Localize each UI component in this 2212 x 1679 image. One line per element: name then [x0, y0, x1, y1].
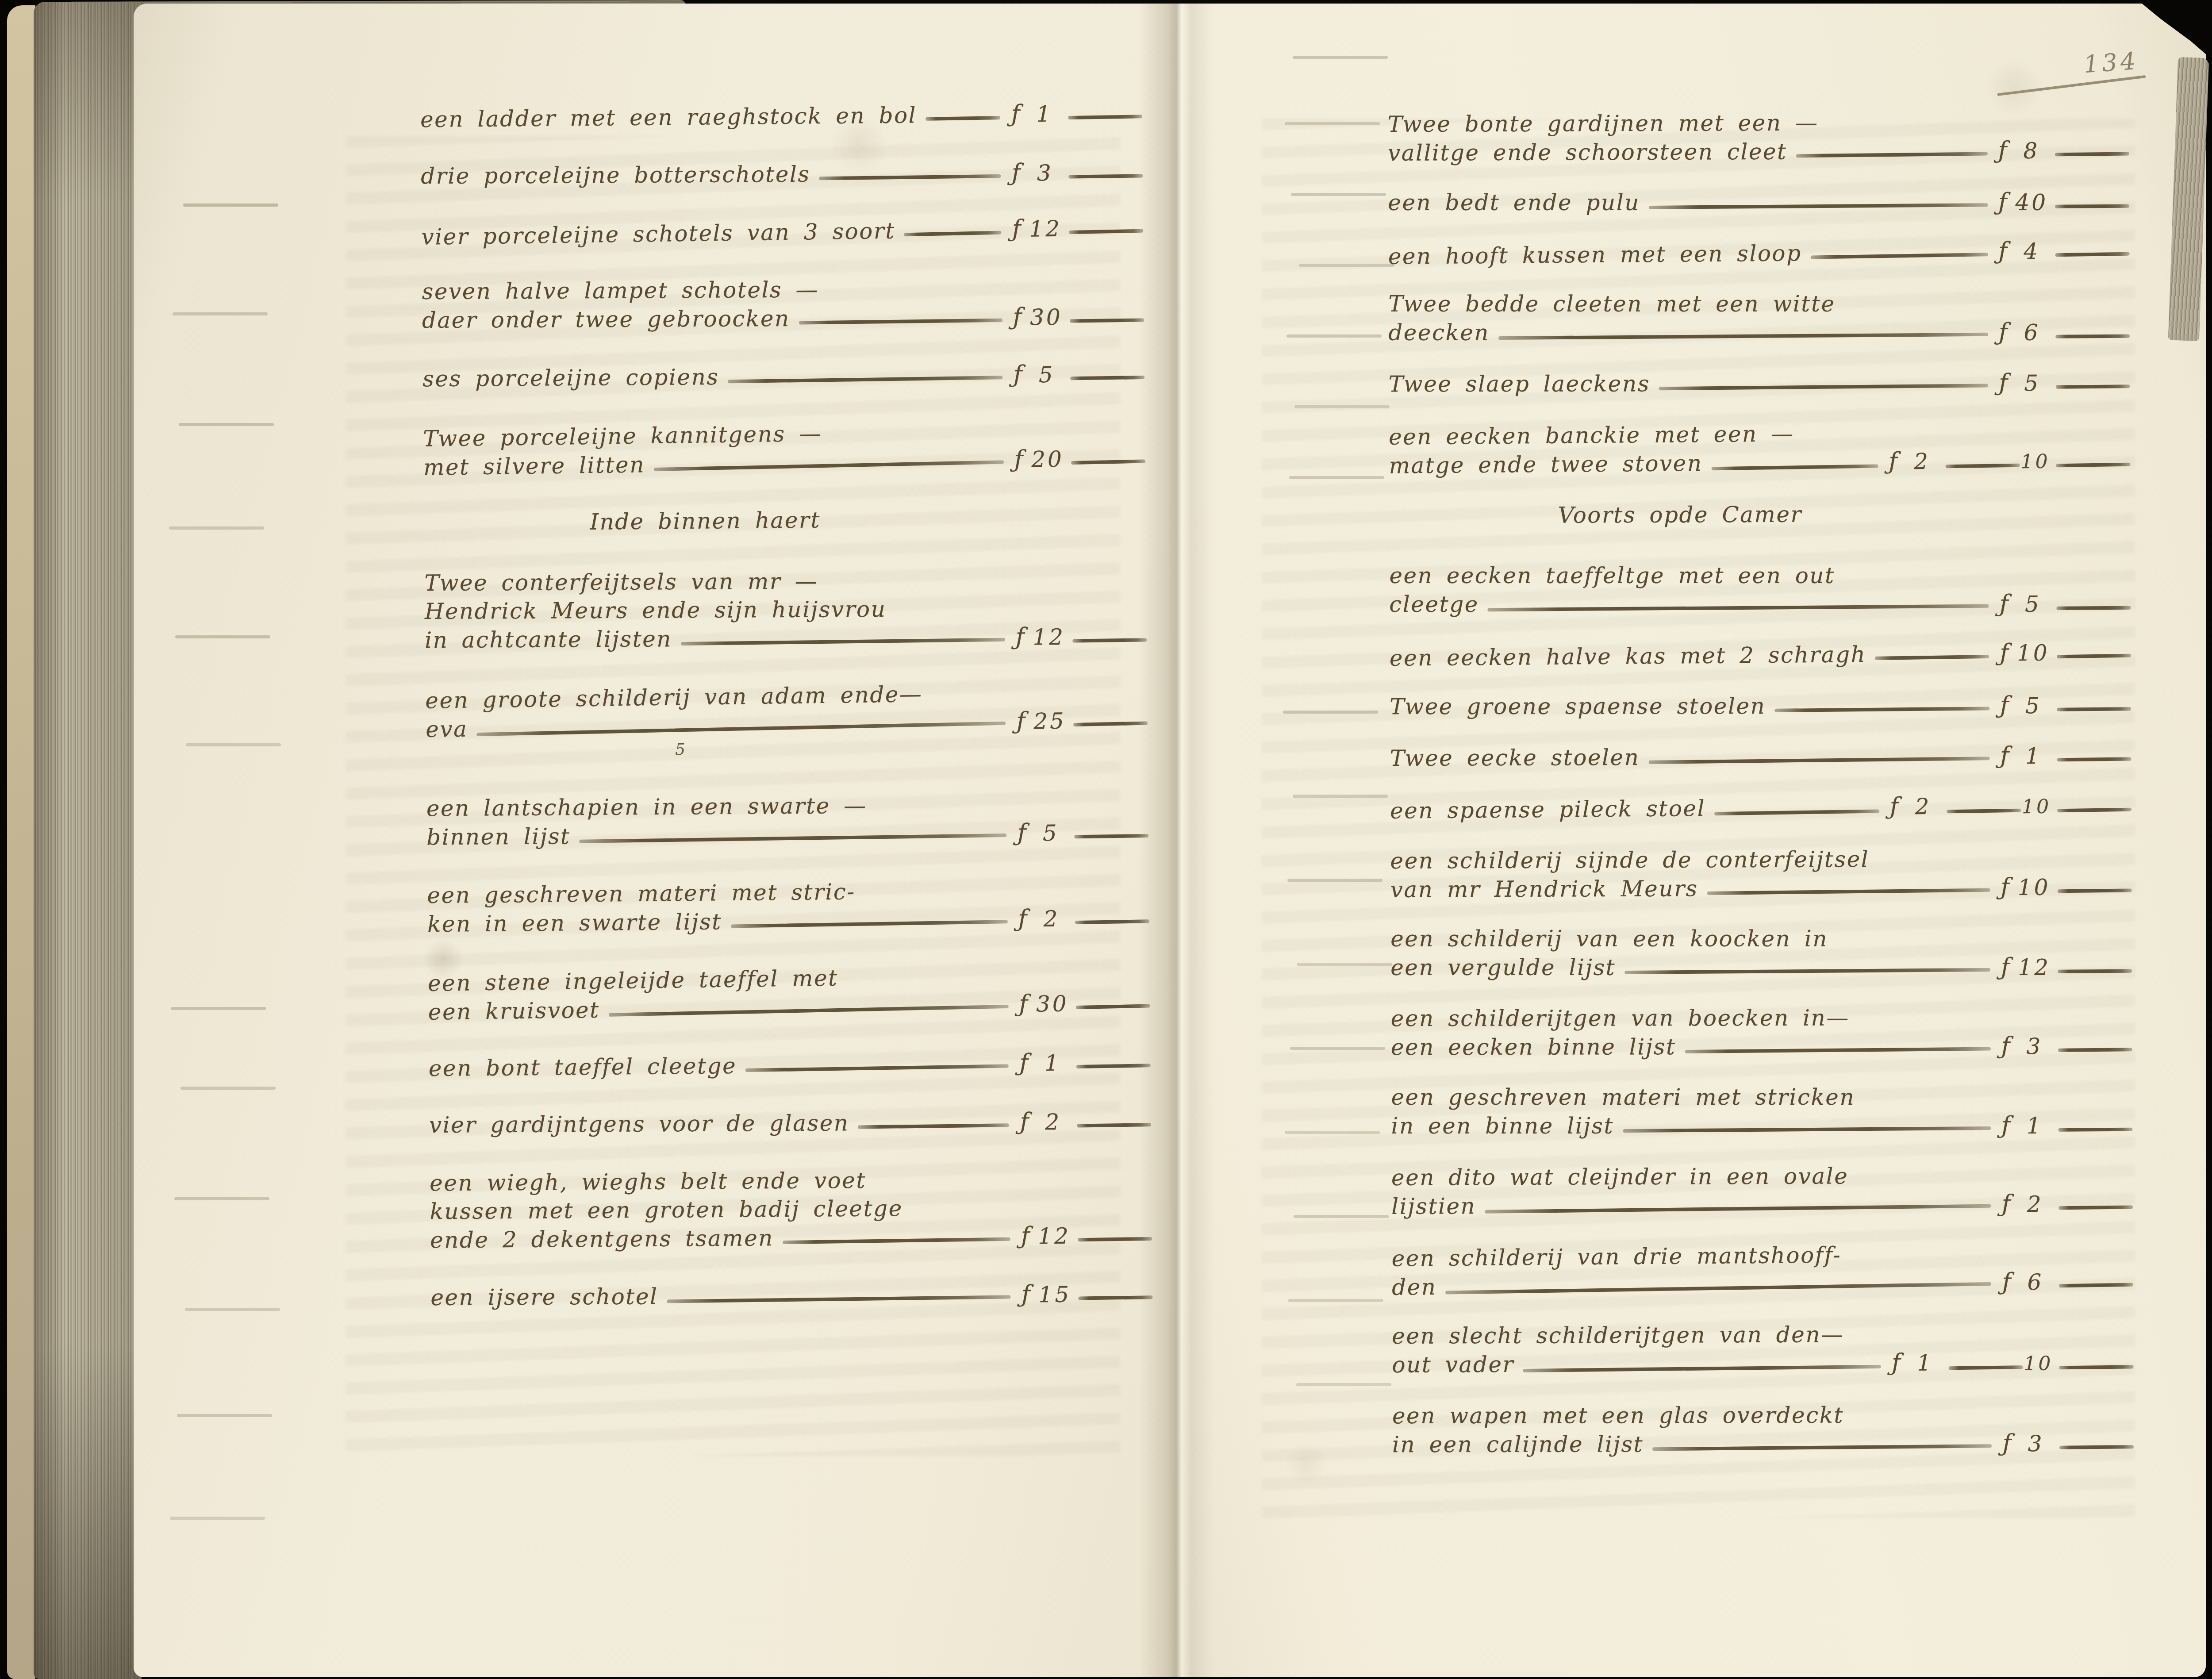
entry-amount-row: daer onder twee gebroockenƒ30: [422, 302, 1144, 334]
inventory-entry: een wiegh, wieghs belt ende voetkussen m…: [430, 1164, 1152, 1255]
entry-text-line: seven halve lampet schotels —: [422, 274, 1144, 306]
entry-amount-row: in een binne lijstƒ1: [1391, 1111, 2132, 1141]
left-page-text: een ladder met een raeghstock en bolƒ1dr…: [420, 99, 1153, 1342]
amount-guilders: 1: [1907, 1349, 1943, 1377]
inventory-entry: een eecken banckie met een —matge ende t…: [1389, 417, 2131, 481]
entry-text-line: ende 2 dekentgens tsamen: [430, 1224, 774, 1254]
amount-guilders: 10: [2016, 873, 2052, 902]
trailing-dash: [1068, 174, 1143, 178]
entry-text-line: een bedt ende pulu: [1388, 188, 1640, 217]
entry-text-line: lijstien: [1391, 1192, 1476, 1221]
entry-text-line: Twee groene spaense stoelen: [1390, 692, 1766, 721]
entry-amount-row: drie porceleijne botterschotelsƒ3: [421, 158, 1143, 190]
left-page: een ladder met een raeghstock en bolƒ1dr…: [134, 4, 1173, 1677]
florin-symbol: ƒ: [2001, 1032, 2011, 1060]
inventory-entry: een schilderij van een koocken ineen ver…: [1390, 925, 2132, 982]
trailing-dash: [1069, 229, 1143, 234]
florin-symbol: ƒ: [2001, 953, 2011, 981]
entry-text-line: vier gardijntgens voor de glasen: [429, 1109, 849, 1139]
entry-text-line: in achtcante lijsten: [425, 625, 672, 654]
amount-guilders: 2: [1905, 792, 1942, 821]
amount-guilders: 1: [2016, 1112, 2053, 1140]
entry-amount-row: een ijsere schotelƒ15: [430, 1279, 1152, 1312]
entry-text-line: Twee eecke stoelen: [1390, 743, 1640, 772]
entry-amount-row: een vergulde lijstƒ12: [1390, 953, 2132, 982]
dash-leader: [1523, 1365, 1881, 1372]
entry-amount-row: een hooft kussen met een sloopƒ4: [1388, 236, 2129, 270]
inventory-entry: Twee conterfeijtsels van mr —Hendrick Me…: [424, 565, 1147, 654]
entry-text-line: vier porceleijne schotels van 3 soort: [421, 217, 895, 251]
trailing-dash: [1073, 722, 1148, 727]
entry-amount-row: een spaense pileck stoelƒ210: [1390, 790, 2131, 826]
trailing-dash: [2055, 252, 2130, 257]
inventory-entry: Twee groene spaense stoelenƒ5: [1390, 691, 2131, 721]
dash-leader: [580, 834, 1007, 843]
entry-text-line: ken in een swarte lijst: [427, 907, 722, 938]
inventory-entry: ses porceleijne copiensƒ5: [422, 360, 1144, 393]
inventory-entry: Twee eecke stoelenƒ1: [1390, 741, 2131, 772]
trailing-dash: [1068, 115, 1142, 119]
trailing-dash: [2055, 334, 2130, 338]
book-fore-edge-pages: [34, 2, 142, 1679]
amount-stuivers: 10: [2020, 448, 2051, 476]
inventory-entry: een stene ingeleijde taeffel meteen krui…: [428, 960, 1151, 1026]
amount-guilders: 5: [1029, 361, 1065, 389]
dash-leader: [819, 174, 1001, 180]
inventory-entry: Twee slaep laeckensƒ5: [1389, 369, 2130, 398]
amount-guilders: 2: [1904, 447, 1940, 476]
entry-text-line: een eecken taeffeltge met een out: [1389, 561, 2131, 590]
inventory-entry: een wapen met een glas overdecktin een c…: [1392, 1401, 2134, 1459]
entry-amount-row: lijstienƒ2: [1391, 1189, 2133, 1221]
florin-symbol: ƒ: [1014, 445, 1024, 473]
trailing-dash: [1947, 809, 2021, 814]
amount-guilders: 5: [2015, 692, 2051, 720]
entry-text-line: een ladder met een raeghstock en bol: [420, 101, 917, 134]
trailing-dash: [1070, 376, 1144, 380]
florin-symbol: ƒ: [2002, 1190, 2012, 1218]
entry-amount-row: matge ende twee stovenƒ210: [1389, 445, 2130, 481]
trailing-dash: [2058, 1048, 2132, 1052]
entry-text-line: cleetge: [1389, 590, 1479, 619]
dash-leader: [731, 920, 1008, 928]
trailing-dash: [1077, 1123, 1151, 1127]
inventory-entry: een bont taeffel cleetgeƒ1: [429, 1048, 1151, 1083]
amount-guilders: 5: [1033, 819, 1069, 848]
florin-symbol: ƒ: [1013, 360, 1023, 388]
trailing-dash: [1071, 460, 1145, 465]
folio-number-text: 134: [2083, 47, 2139, 79]
entry-amount-row: een eecken halve kas met 2 schraghƒ10: [1390, 638, 2131, 672]
bleed-through-dashes: [165, 4, 261, 7]
inventory-entry: een bedt ende puluƒ40: [1388, 188, 2129, 217]
dash-leader: [1623, 1126, 1991, 1133]
trailing-dash: [1076, 1004, 1150, 1009]
inventory-entry: Twee porceleijne kannitgens —met silvere…: [423, 415, 1146, 482]
inventory-entry: vier gardijntgens voor de glasenƒ2: [429, 1107, 1151, 1139]
inventory-entry: een ijsere schotelƒ15: [430, 1279, 1152, 1312]
amount-guilders: 15: [1037, 1280, 1073, 1309]
florin-symbol: ƒ: [2000, 742, 2010, 770]
amount-guilders: 1: [1026, 100, 1063, 129]
amount-guilders: 30: [1028, 303, 1064, 331]
dash-leader: [1659, 384, 1989, 390]
entry-text-line: daer onder twee gebroocken: [422, 304, 790, 334]
florin-symbol: ƒ: [1015, 622, 1025, 651]
amount-guilders: 2: [1035, 1108, 1071, 1136]
right-page: 134 Twee bonte gardijnen met een —vallit…: [1173, 4, 2206, 1677]
trailing-dash: [1070, 318, 1144, 323]
entry-text-line: een bont taeffel cleetge: [429, 1052, 737, 1083]
florin-symbol: ƒ: [1019, 1049, 1029, 1077]
entry-text-line: ses porceleijne copiens: [422, 363, 719, 393]
entry-amount-row: denƒ6: [1392, 1267, 2133, 1301]
entry-amount-row: Twee eecke stoelenƒ1: [1390, 741, 2131, 772]
florin-symbol: ƒ: [1022, 1280, 1032, 1308]
entry-text-line: kussen met een groten badij cleetge: [430, 1193, 1152, 1226]
dash-leader: [1774, 707, 1989, 712]
florin-symbol: ƒ: [2002, 1268, 2012, 1296]
entry-amount-row: een bont taeffel cleetgeƒ1: [429, 1048, 1151, 1083]
inventory-entry: een dito wat cleijnder in een ovalelijst…: [1391, 1161, 2133, 1221]
entry-text-line: een schilderij van een koocken in: [1390, 925, 2132, 953]
florin-symbol: ƒ: [1012, 215, 1022, 243]
dash-leader: [858, 1123, 1009, 1129]
dash-leader: [681, 638, 1005, 645]
florin-symbol: ƒ: [1018, 904, 1028, 933]
florin-symbol: ƒ: [2001, 1111, 2012, 1140]
entry-text-line: out vader: [1392, 1350, 1514, 1379]
amount-guilders: 12: [2016, 953, 2052, 982]
dash-leader: [1714, 809, 1879, 815]
inventory-entry: Twee bonte gardijnen met een —vallitge e…: [1388, 108, 2129, 167]
dash-leader: [1875, 655, 1989, 660]
entry-text-line: een spaense pileck stoel: [1390, 794, 1705, 825]
entry-text-line: Twee bonte gardijnen met een —: [1388, 108, 2129, 138]
amount-guilders: 4: [2013, 237, 2050, 266]
inventory-entry: een geschreven materi met strickenin een…: [1391, 1083, 2132, 1141]
dash-leader: [1685, 1047, 1990, 1053]
trailing-dash: [2057, 757, 2131, 761]
inventory-entry: een hooft kussen met een sloopƒ4: [1388, 236, 2129, 270]
florin-symbol: ƒ: [2003, 1429, 2013, 1457]
amount-guilders: 12: [1027, 215, 1064, 243]
inventory-entry: een ladder met een raeghstock en bolƒ1: [420, 99, 1143, 134]
trailing-dash: [1074, 834, 1148, 838]
amount-guilders: 40: [2013, 188, 2050, 217]
florin-symbol: ƒ: [1892, 1349, 1902, 1377]
amount-guilders: 10: [2015, 639, 2052, 668]
entry-text-line: een vergulde lijst: [1390, 953, 1616, 982]
inventory-entry: seven halve lampet schotels —daer onder …: [422, 274, 1144, 334]
entry-amount-row: deeckenƒ6: [1388, 318, 2130, 347]
amount-guilders: 3: [2016, 1032, 2053, 1060]
inventory-entry: een slecht schilderijtgen van den—out va…: [1392, 1319, 2133, 1380]
entry-text-line: den: [1392, 1273, 1437, 1302]
dash-leader: [1796, 152, 1988, 158]
entry-amount-row: een eecken binne lijstƒ3: [1391, 1032, 2132, 1061]
dash-leader: [1652, 1444, 1992, 1451]
dash-leader: [904, 231, 1002, 237]
entry-amount-row: in een calijnde lijstƒ3: [1392, 1429, 2134, 1459]
section-heading: Voorts opde Camer: [1416, 500, 1945, 530]
inventory-entry: Twee bedde cleeten met een wittedeeckenƒ…: [1388, 290, 2130, 347]
dash-leader: [1811, 253, 1988, 259]
entry-amount-row: out vaderƒ110: [1392, 1348, 2133, 1380]
trailing-dash: [2058, 1128, 2132, 1132]
inventory-entry: vier porceleijne schotels van 3 soortƒ12: [421, 213, 1144, 251]
amount-guilders: 20: [1029, 445, 1066, 474]
amount-guilders: 1: [2016, 742, 2052, 770]
trailing-dash: [2059, 1365, 2133, 1369]
inventory-entry: een geschreven materi met stric-ken in e…: [427, 875, 1149, 938]
florin-symbol: ƒ: [1012, 158, 1022, 187]
amount-guilders: 2: [2017, 1190, 2053, 1218]
trailing-dash: [1946, 464, 2020, 469]
trailing-dash: [1076, 1064, 1151, 1068]
trailing-dash: [2057, 808, 2131, 813]
entry-text-line: vallitge ende schoorsteen cleet: [1388, 138, 1787, 167]
florin-symbol: ƒ: [2000, 691, 2010, 719]
trailing-dash: [2059, 1283, 2133, 1288]
amount-stuivers: 10: [2021, 793, 2052, 822]
florin-symbol: ƒ: [1020, 1107, 1030, 1136]
entry-text-line: met silvere litten: [423, 450, 645, 482]
trailing-dash: [1075, 919, 1149, 924]
florin-symbol: ƒ: [1017, 818, 1027, 847]
section-heading: Inde binnen haert: [450, 505, 960, 538]
dash-leader: [1649, 203, 1988, 209]
entry-text-line: een wiegh, wieghs belt ende voet: [430, 1164, 1152, 1198]
entry-text-line: Hendrick Meurs ende sijn huijsvrou: [425, 594, 1147, 626]
inventory-entry: een schilderij sijnde de conterfeijtselv…: [1390, 844, 2131, 904]
florin-symbol: ƒ: [1999, 318, 2009, 346]
entry-amount-row: vier gardijntgens voor de glasenƒ2: [429, 1107, 1151, 1139]
entry-amount-row: Twee groene spaense stoelenƒ5: [1390, 691, 2131, 721]
entry-text-line: Twee bedde cleeten met een witte: [1388, 290, 2130, 319]
right-page-text: Twee bonte gardijnen met een —vallitge e…: [1388, 108, 2134, 1482]
entry-amount-row: van mr Hendrick Meursƒ10: [1390, 872, 2132, 904]
dash-leader: [1707, 888, 1990, 895]
dash-leader: [1648, 757, 1989, 764]
amount-guilders: 1: [1035, 1049, 1071, 1077]
book-cover-edge: [7, 5, 35, 1679]
amount-guilders: 12: [1036, 1222, 1072, 1251]
inventory-entry: een schilderijtgen van boecken in—een ee…: [1391, 1003, 2132, 1061]
dash-leader: [667, 1295, 1010, 1303]
florin-symbol: ƒ: [1998, 136, 2008, 165]
entry-text-line: binnen lijst: [426, 822, 571, 851]
trailing-dash: [2058, 1205, 2133, 1210]
florin-symbol: ƒ: [2000, 638, 2010, 667]
dash-leader: [654, 460, 1004, 471]
dash-leader: [926, 116, 1001, 121]
entry-amount-row: ende 2 dekentgens tsamenƒ12: [430, 1221, 1152, 1255]
entry-text-line: een eecken binne lijst: [1391, 1033, 1676, 1061]
inventory-entry: een spaense pileck stoelƒ210: [1390, 790, 2131, 826]
dash-leader: [609, 1005, 1009, 1017]
florin-symbol: ƒ: [1998, 237, 2008, 265]
entry-text-line: een hooft kussen met een sloop: [1388, 239, 1802, 271]
entry-text-line: in een binne lijst: [1391, 1112, 1614, 1140]
entry-text-line: van mr Hendrick Meurs: [1390, 874, 1698, 903]
entry-amount-row: ses porceleijne copiensƒ5: [422, 360, 1144, 393]
florin-symbol: ƒ: [1013, 303, 1023, 331]
dash-leader: [1485, 1204, 1991, 1214]
inventory-entry: een eecken taeffeltge met een outcleetge…: [1389, 561, 2131, 619]
amount-guilders: 25: [1032, 707, 1068, 736]
florin-symbol: ƒ: [2000, 590, 2010, 618]
dash-leader: [799, 319, 1002, 325]
trailing-dash: [2059, 1445, 2134, 1449]
trailing-dash: [2055, 152, 2129, 156]
trailing-dash: [1078, 1295, 1152, 1300]
inventory-entry: een schilderij van drie mantshooff-denƒ6: [1391, 1238, 2133, 1301]
entry-text-line: een wapen met een glas overdeckt: [1392, 1401, 2134, 1430]
trailing-dash: [2058, 969, 2132, 973]
entry-amount-row: een bedt ende puluƒ40: [1388, 188, 2129, 217]
entry-text-line: een eecken halve kas met 2 schragh: [1390, 640, 1866, 672]
entry-amount-row: een ladder met een raeghstock en bolƒ1: [420, 99, 1143, 134]
entry-text-line: matge ende twee stoven: [1389, 449, 1702, 480]
entry-amount-row: vallitge ende schoorsteen cleetƒ8: [1388, 136, 2129, 167]
dash-leader: [745, 1064, 1009, 1072]
trailing-dash: [2056, 606, 2131, 610]
entry-text-line: Twee conterfeijtsels van mr —: [424, 565, 1146, 597]
dash-leader: [1488, 604, 1989, 612]
entry-text-line: een lantschapien in een swarte —: [426, 790, 1148, 823]
amount-guilders: 3: [1027, 159, 1063, 187]
entry-text-line: een schilderijtgen van boecken in—: [1391, 1003, 2132, 1033]
entry-text-line: een geschreven materi met stricken: [1391, 1083, 2133, 1112]
bleed-through-dashes: [1279, 4, 1375, 7]
entry-text-line: een dito wat cleijnder in een ovale: [1391, 1161, 2133, 1192]
florin-symbol: ƒ: [1016, 707, 1026, 735]
florin-symbol: ƒ: [2001, 873, 2011, 901]
entry-text-line: drie porceleijne botterschotels: [421, 160, 810, 190]
inventory-entry: een lantschapien in een swarte —binnen l…: [426, 790, 1149, 852]
dash-leader: [1445, 1282, 1991, 1295]
amount-guilders: 12: [1031, 623, 1067, 651]
trailing-dash: [2056, 384, 2130, 389]
manuscript-book-photo: een ladder met een raeghstock en bolƒ1dr…: [0, 0, 2212, 1679]
florin-symbol: ƒ: [1889, 447, 1899, 475]
trailing-dash: [2056, 463, 2131, 468]
amount-guilders: 5: [2015, 590, 2051, 619]
dash-leader: [1624, 968, 1990, 974]
dash-leader: [1712, 464, 1878, 470]
entry-text-line: deecken: [1388, 319, 1490, 347]
entry-amount-row: vier porceleijne schotels van 3 soortƒ12: [421, 213, 1144, 251]
amount-guilders: 6: [2014, 319, 2050, 347]
entry-text-line: Twee slaep laeckens: [1389, 369, 1650, 398]
amount-guilders: 2: [1033, 904, 1070, 933]
entry-amount-row: cleetgeƒ5: [1389, 590, 2131, 619]
open-book: een ladder met een raeghstock en bolƒ1dr…: [134, 4, 2206, 1677]
dash-leader: [783, 1237, 1010, 1244]
amount-guilders: 8: [2013, 137, 2050, 165]
amount-guilders: 6: [2017, 1268, 2054, 1297]
florin-symbol: ƒ: [1999, 369, 2009, 397]
trailing-dash: [2058, 888, 2132, 893]
amount-stuivers: 10: [2023, 1350, 2054, 1378]
florin-symbol: ƒ: [1021, 1222, 1031, 1250]
entry-text-line: een schilderij sijnde de conterfeijtsel: [1390, 844, 2131, 875]
folio-underline: [1997, 75, 2146, 96]
entry-text-line: in een calijnde lijst: [1392, 1430, 1644, 1459]
entry-text-line: een slecht schilderijtgen van den—: [1392, 1319, 2133, 1350]
entry-amount-row: in achtcante lijstenƒ12: [425, 622, 1147, 654]
dash-leader: [728, 376, 1002, 383]
trailing-dash: [1078, 1237, 1152, 1241]
inventory-entry: drie porceleijne botterschotelsƒ3: [421, 158, 1143, 190]
entry-text-line: een kruisvoet: [428, 996, 600, 1026]
trailing-dash: [1948, 1365, 2023, 1370]
entry-amount-row: Twee slaep laeckensƒ5: [1389, 369, 2130, 398]
amount-guilders: 3: [2018, 1429, 2054, 1458]
inventory-entry: een groote schilderij van adam ende—evaƒ…: [425, 677, 1148, 768]
trailing-dash: [2057, 707, 2131, 711]
florin-symbol: ƒ: [1998, 188, 2008, 216]
folio-number: 134: [2083, 47, 2139, 79]
dash-leader: [1498, 333, 1988, 340]
amount-guilders: 5: [2014, 369, 2051, 397]
florin-symbol: ƒ: [1889, 792, 1900, 820]
florin-symbol: ƒ: [1019, 990, 1029, 1018]
florin-symbol: ƒ: [1011, 100, 1021, 128]
amount-guilders: 30: [1034, 990, 1071, 1018]
entry-amount-row: binnen lijstƒ5: [426, 818, 1148, 852]
trailing-dash: [2055, 204, 2129, 208]
inventory-entry: een eecken halve kas met 2 schraghƒ10: [1390, 638, 2131, 672]
entry-text-line: een ijsere schotel: [430, 1282, 658, 1312]
trailing-dash: [2057, 654, 2131, 659]
trailing-dash: [1072, 638, 1147, 642]
